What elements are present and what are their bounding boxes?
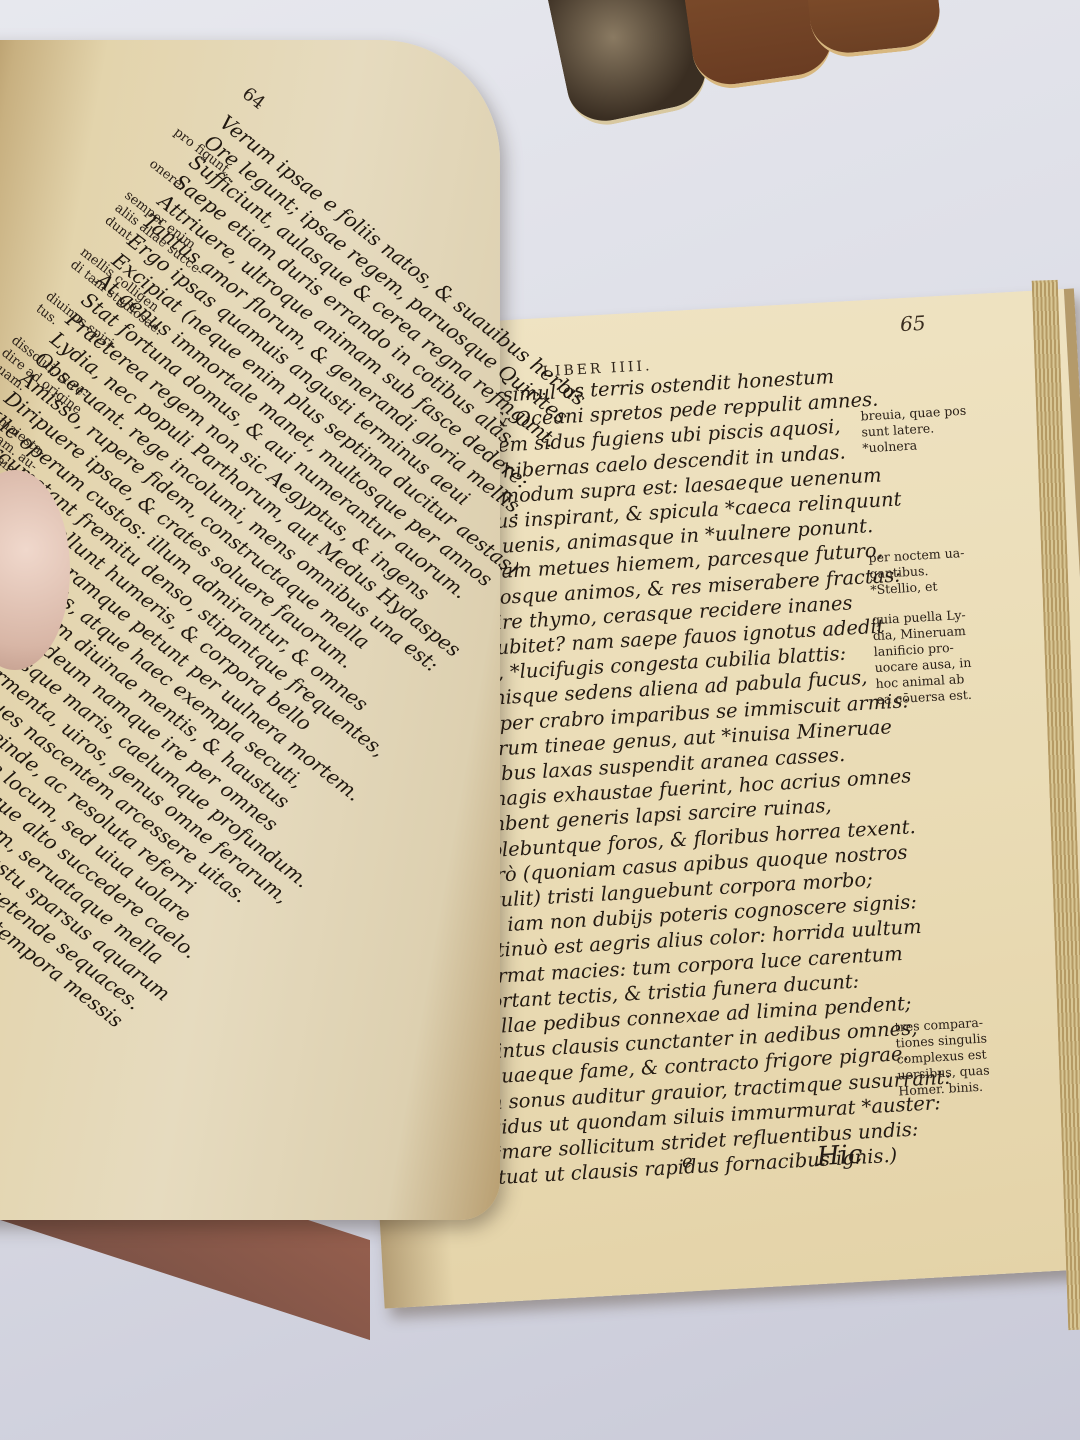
margin-note: tres compara- tiones singulis complexus … [894,1013,1008,1099]
catchword: Hic [816,1140,863,1172]
margin-note: per noctem ua- gantibus. *Stellio, et [868,544,981,598]
margin-note: breuia, quae pos sunt latere. *uolnera [860,402,973,456]
page-number: 64 [238,83,269,114]
left-page: 64 Verum ipsae e foliis natos, & suauibu… [0,40,500,1220]
background-books [520,0,960,130]
page-number: 65 [899,311,926,336]
